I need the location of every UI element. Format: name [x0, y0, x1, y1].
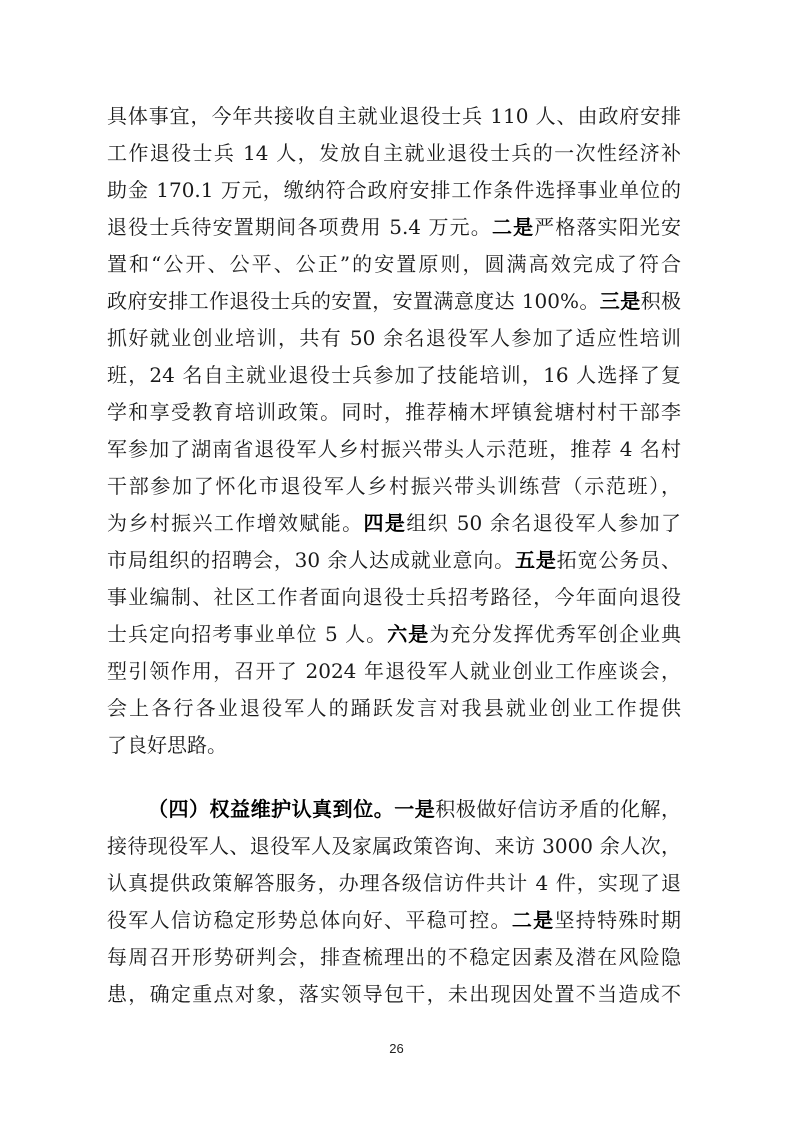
text-segment: 干部参加了怀化市退役军人乡村振兴带头训练营（示范班），: [107, 474, 681, 498]
text-line: 了良好思路。: [107, 733, 681, 757]
text-segment: 市局组织的招聘会，30 余人达成就业意向。: [107, 548, 515, 572]
text-segment: 具体事宜，今年共接收自主就业退役士兵 110 人、由政府安排: [107, 104, 681, 128]
text-segment: 了良好思路。: [107, 733, 227, 757]
text-line: 为乡村振兴工作增效赋能。四是组织 50 余名退役军人参加了: [107, 511, 681, 535]
bold-lead-phrase: 五是: [515, 548, 557, 572]
bold-lead-phrase: （四）权益维护认真到位。: [148, 797, 394, 821]
text-segment: 士兵定向招考事业单位 5 人。: [107, 622, 387, 646]
text-segment: 患，确定重点对象，落实领导包干，未出现因处置不当造成不: [107, 982, 681, 1006]
text-line: 退役士兵待安置期间各项费用 5.4 万元。二是严格落实阳光安: [107, 215, 681, 239]
text-line: 工作退役士兵 14 人，发放自主就业退役士兵的一次性经济补: [107, 141, 681, 165]
text-segment: 坚持特殊时期: [554, 908, 681, 932]
text-segment: 为充分发挥优秀军创企业典: [429, 622, 681, 646]
text-line: 班，24 名自主就业退役士兵参加了技能培训，16 人选择了复: [107, 363, 681, 387]
text-line: 市局组织的招聘会，30 余人达成就业意向。五是拓宽公务员、: [107, 548, 681, 572]
text-segment: 组织 50 余名退役军人参加了: [406, 511, 681, 535]
text-segment: 认真提供政策解答服务，办理各级信访件共计 4 件，实现了退: [107, 871, 681, 895]
text-segment: 积极: [641, 289, 681, 313]
text-segment: 助金 170.1 万元，缴纳符合政府安排工作条件选择事业单位的: [107, 178, 681, 202]
text-line: 政府安排工作退役士兵的安置，安置满意度达 100%。三是积极: [107, 289, 681, 313]
page-number: 26: [0, 1041, 793, 1056]
text-segment: 政府安排工作退役士兵的安置，安置满意度达 100%。: [107, 289, 600, 313]
text-segment: 退役士兵待安置期间各项费用 5.4 万元。: [107, 215, 492, 239]
text-line: 事业编制、社区工作者面向退役士兵招考路径，今年面向退役: [107, 585, 681, 609]
text-segment: 置和“公开、公平、公正”的安置原则，圆满高效完成了符合: [107, 252, 681, 276]
text-segment: 军参加了湖南省退役军人乡村振兴带头人示范班，推荐 4 名村: [107, 437, 681, 461]
text-line: 具体事宜，今年共接收自主就业退役士兵 110 人、由政府安排: [107, 104, 681, 128]
text-segment: 接待现役军人、退役军人及家属政策咨询、来访 3000 余人次，: [107, 834, 681, 858]
text-segment: 拓宽公务员、: [557, 548, 681, 572]
text-segment: 积极做好信访矛盾的化解，: [435, 797, 681, 821]
text-line: （四）权益维护认真到位。一是积极做好信访矛盾的化解，: [148, 797, 681, 821]
text-line: 士兵定向招考事业单位 5 人。六是为充分发挥优秀军创企业典: [107, 622, 681, 646]
text-line: 型引领作用，召开了 2024 年退役军人就业创业工作座谈会，: [107, 659, 681, 683]
text-line: 干部参加了怀化市退役军人乡村振兴带头训练营（示范班），: [107, 474, 681, 498]
text-line: 认真提供政策解答服务，办理各级信访件共计 4 件，实现了退: [107, 871, 681, 895]
text-line: 患，确定重点对象，落实领导包干，未出现因处置不当造成不: [107, 982, 681, 1006]
text-line: 会上各行各业退役军人的踊跃发言对我县就业创业工作提供: [107, 696, 681, 720]
bold-lead-phrase: 二是: [492, 215, 534, 239]
text-segment: 学和享受教育培训政策。同时，推荐楠木坪镇瓮塘村村干部李: [107, 400, 681, 424]
bold-lead-phrase: 四是: [364, 511, 407, 535]
text-segment: 抓好就业创业培训，共有 50 余名退役军人参加了适应性培训: [107, 326, 681, 350]
text-line: 每周召开形势研判会，排查梳理出的不稳定因素及潜在风险隐: [107, 945, 681, 969]
text-line: 接待现役军人、退役军人及家属政策咨询、来访 3000 余人次，: [107, 834, 681, 858]
text-segment: 型引领作用，召开了 2024 年退役军人就业创业工作座谈会，: [107, 659, 681, 683]
document-page: 具体事宜，今年共接收自主就业退役士兵 110 人、由政府安排工作退役士兵 14 …: [0, 0, 793, 1122]
text-segment: 工作退役士兵 14 人，发放自主就业退役士兵的一次性经济补: [107, 141, 681, 165]
text-line: 抓好就业创业培训，共有 50 余名退役军人参加了适应性培训: [107, 326, 681, 350]
text-line: 置和“公开、公平、公正”的安置原则，圆满高效完成了符合: [107, 252, 681, 276]
text-segment: 严格落实阳光安: [534, 215, 681, 239]
text-segment: 事业编制、社区工作者面向退役士兵招考路径，今年面向退役: [107, 585, 681, 609]
text-segment: 班，24 名自主就业退役士兵参加了技能培训，16 人选择了复: [107, 363, 681, 387]
text-line: 学和享受教育培训政策。同时，推荐楠木坪镇瓮塘村村干部李: [107, 400, 681, 424]
text-line: 军参加了湖南省退役军人乡村振兴带头人示范班，推荐 4 名村: [107, 437, 681, 461]
bold-lead-phrase: 六是: [387, 622, 429, 646]
text-segment: 役军人信访稳定形势总体向好、平稳可控。: [107, 908, 512, 932]
text-segment: 每周召开形势研判会，排查梳理出的不稳定因素及潜在风险隐: [107, 945, 681, 969]
bold-lead-phrase: 二是: [512, 908, 555, 932]
bold-lead-phrase: 三是: [600, 289, 641, 313]
text-line: 役军人信访稳定形势总体向好、平稳可控。二是坚持特殊时期: [107, 908, 681, 932]
text-line: 助金 170.1 万元，缴纳符合政府安排工作条件选择事业单位的: [107, 178, 681, 202]
text-segment: 会上各行各业退役军人的踊跃发言对我县就业创业工作提供: [107, 696, 681, 720]
bold-lead-phrase: 一是: [394, 797, 435, 821]
text-segment: 为乡村振兴工作增效赋能。: [107, 511, 364, 535]
